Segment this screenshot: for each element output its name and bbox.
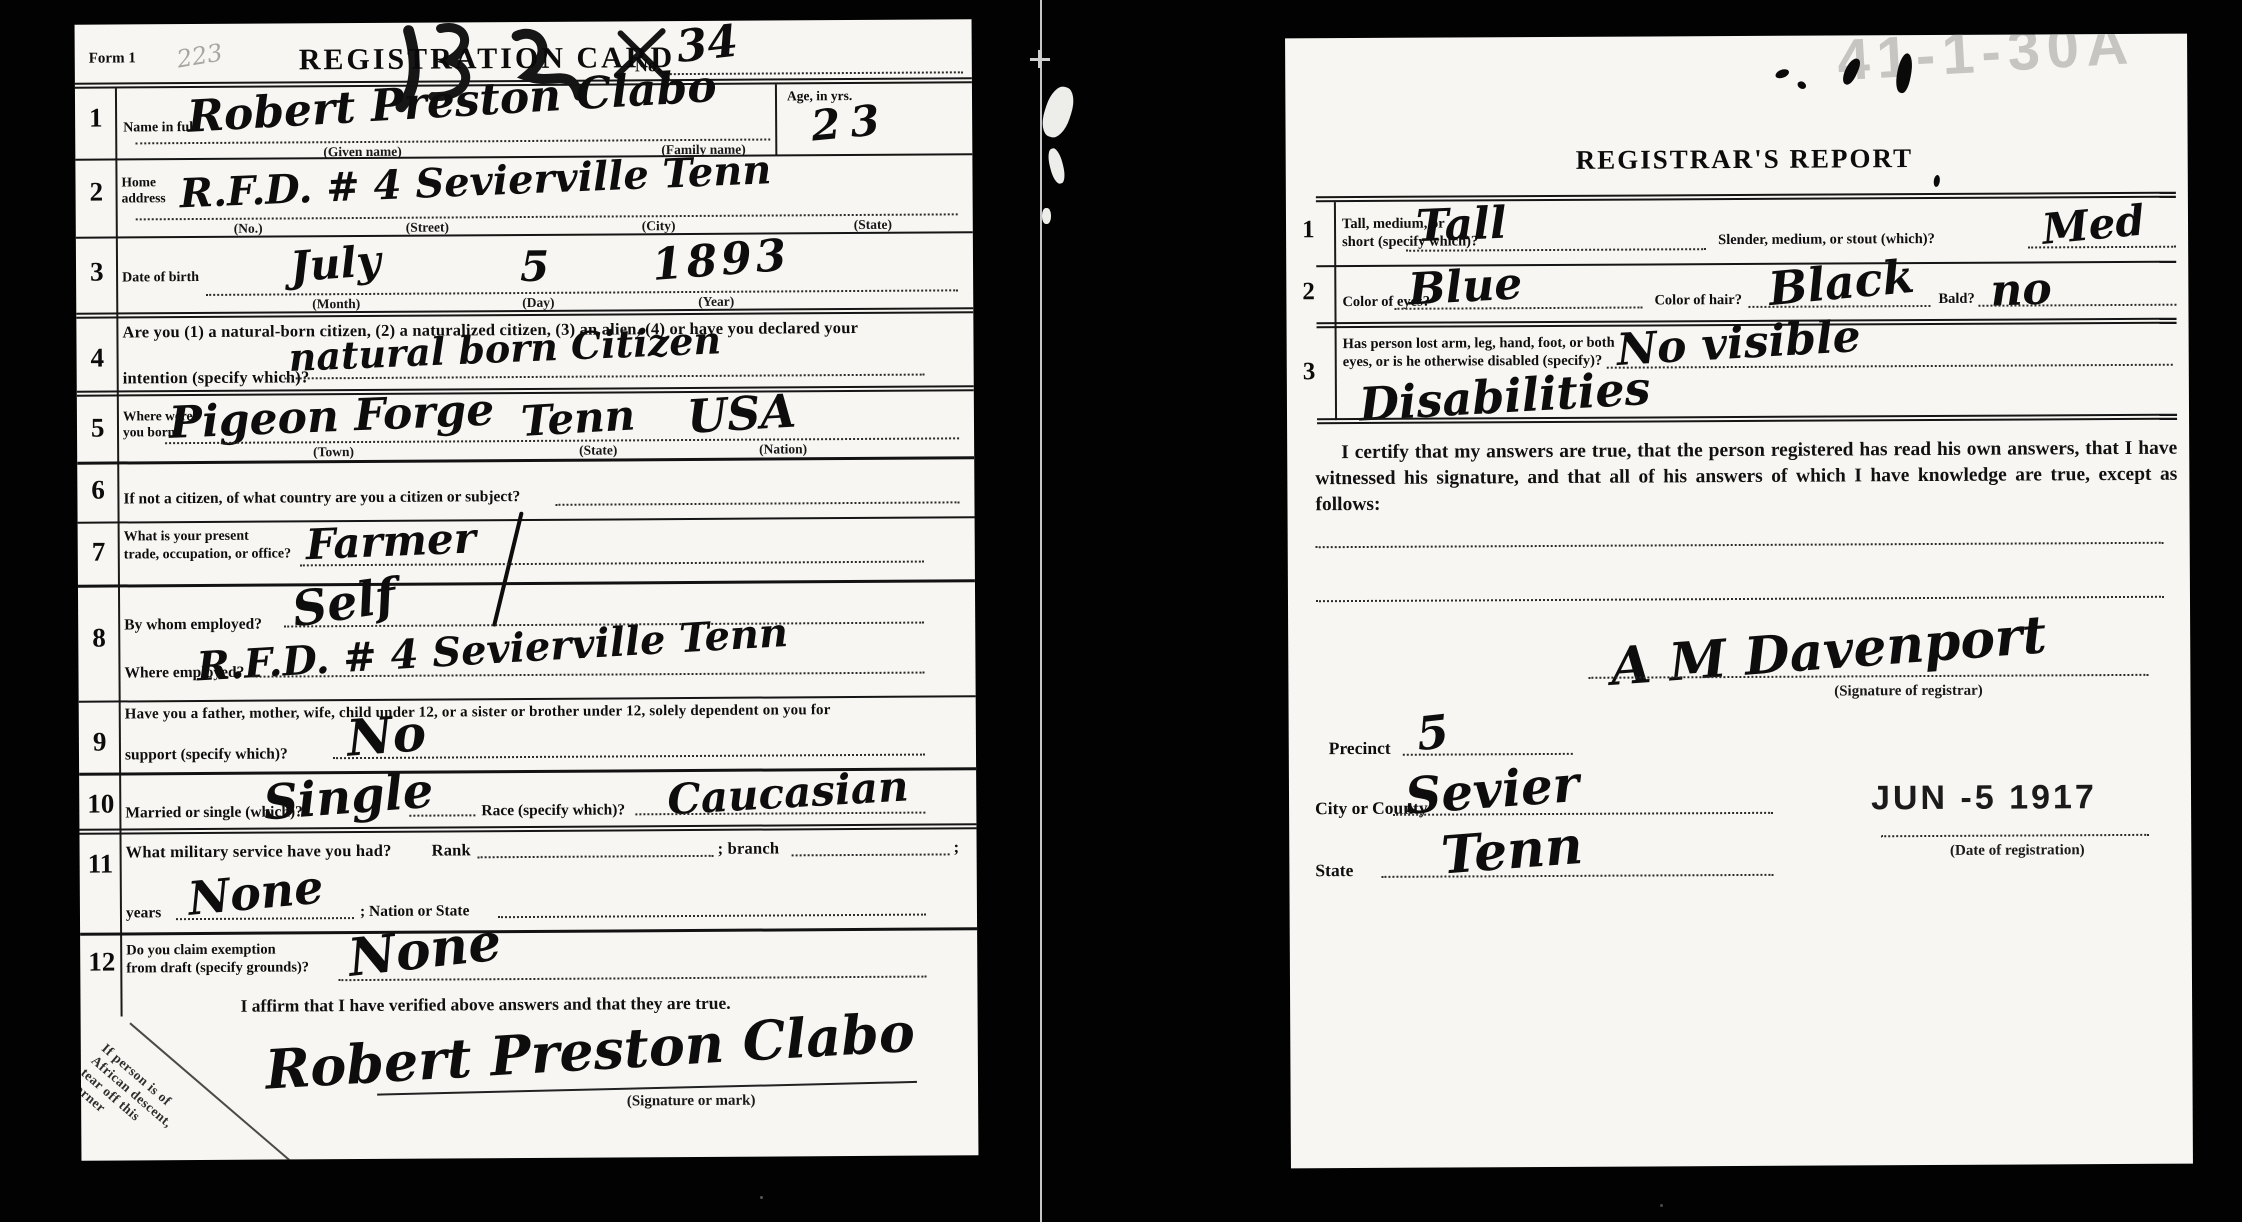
film-speck	[1038, 50, 1041, 68]
years-label: years	[126, 904, 161, 922]
film-speck	[1660, 1204, 1663, 1207]
line-end-semicolon: ;	[954, 837, 960, 857]
date-caption: (Date of registration)	[1887, 842, 2147, 860]
eye-color-answer: Blue	[1407, 262, 1523, 312]
town-caption: (Town)	[313, 444, 354, 460]
registration-card: Form 1 223 REGISTRATION CARD No. 34 1 Na…	[75, 19, 979, 1160]
trade-label-line1: What is your present	[124, 529, 249, 546]
marital-label: Married or single (which)?	[125, 803, 303, 822]
row-number: 9	[93, 727, 107, 758]
hair-color-label: Color of hair?	[1654, 292, 1742, 309]
row-number: 3	[1303, 358, 1316, 386]
report-title: REGISTRAR'S REPORT	[1576, 143, 1914, 176]
name-answer: Robert Preston Clabo	[186, 65, 718, 140]
row-number: 12	[88, 947, 115, 978]
disability-answer-line1: No visible	[1616, 315, 1862, 373]
row-rule	[77, 456, 974, 464]
dotted-line	[136, 213, 958, 220]
row-rule	[76, 231, 973, 238]
film-blotch	[1046, 147, 1067, 185]
year-caption: (Year)	[698, 294, 734, 310]
age-value: 23	[809, 98, 891, 147]
employed-where-label: Where employed?	[124, 664, 244, 683]
dependents-question-line2: support (specify which)?	[125, 745, 288, 764]
street-caption: (Street)	[406, 219, 449, 235]
birth-day: 5	[520, 246, 549, 288]
state-caption: (State)	[854, 217, 892, 233]
dotted-line	[409, 814, 475, 816]
dotted-line	[176, 917, 354, 920]
dotted-line	[206, 289, 958, 296]
film-blotch	[1038, 83, 1079, 140]
hair-color-answer: Black	[1767, 253, 1917, 312]
precinct-value: 5	[1414, 708, 1451, 757]
city-caption: (City)	[642, 218, 676, 234]
military-question: What military service have you had?	[126, 841, 392, 863]
number-column-line	[1334, 202, 1337, 420]
pencil-mark: 223	[175, 38, 225, 73]
state-label: State	[1315, 860, 1353, 881]
dotted-line	[1978, 304, 2176, 307]
day-caption: (Day)	[522, 295, 554, 311]
ink-smudge	[1774, 68, 1790, 80]
row-number: 7	[92, 537, 106, 568]
row-rule	[79, 823, 976, 830]
employer-label: By whom employed?	[124, 616, 262, 635]
row-rule	[79, 695, 976, 702]
home-address-answer: R.F.D. # 4 Sevierville Tenn	[179, 150, 772, 214]
trade-label-line2: trade, occupation, or office?	[124, 546, 291, 563]
row-number: 3	[90, 257, 104, 288]
dotted-line	[792, 853, 950, 856]
not-citizen-label: If not a citizen, of what country are yo…	[123, 488, 520, 508]
ink-smudge	[1933, 175, 1941, 188]
film-blotch	[1042, 208, 1051, 224]
dotted-line	[1381, 874, 1773, 878]
row-number: 4	[90, 343, 104, 374]
film-scratch-line	[1040, 0, 1042, 1222]
branch-label: ; branch	[718, 838, 780, 858]
row-rule	[80, 927, 977, 935]
registrars-report-card: 41-1-30A REGISTRAR'S REPORT 1 Tall, medi…	[1285, 34, 2193, 1169]
ink-smudge	[1796, 80, 1807, 91]
dotted-line	[1881, 834, 2149, 837]
home-address-label: address	[122, 190, 166, 206]
dotted-line	[1316, 542, 2164, 548]
build-answer: Med	[2040, 199, 2146, 250]
row-number: 2	[89, 177, 103, 208]
file-number-stamp: 41-1-30A	[1835, 34, 2136, 95]
row-number: 5	[91, 413, 105, 444]
home-address-label: Home	[121, 174, 156, 190]
exemption-label-line2: from draft (specify grounds)?	[126, 959, 309, 977]
state-value: Tenn	[1440, 820, 1585, 882]
dependents-question-line1: Have you a father, mother, wife, child u…	[125, 702, 831, 723]
row-number: 1	[89, 103, 103, 134]
film-speck	[760, 1196, 763, 1199]
film-scan-background: Form 1 223 REGISTRATION CARD No. 34 1 Na…	[0, 0, 2242, 1222]
birthplace-state: Tenn	[520, 394, 636, 443]
pen-slash	[492, 511, 524, 627]
bald-label: Bald?	[1938, 291, 1974, 308]
birthplace-nation: USA	[686, 388, 798, 440]
dotted-line	[555, 501, 959, 505]
dotted-line	[2028, 246, 2176, 249]
nation-caption: (Nation)	[759, 441, 807, 457]
no-caption: (No.)	[234, 221, 263, 237]
birth-year: 1893	[651, 234, 792, 288]
number-column-line	[115, 88, 123, 1016]
state-caption: (State)	[579, 442, 617, 458]
form-number-label: Form 1	[89, 50, 136, 67]
military-years-answer: None	[186, 863, 325, 921]
signature-caption: (Signature or mark)	[561, 1092, 821, 1111]
report-top-rule	[1316, 192, 2176, 199]
citizen-question-line2: intention (specify which)?	[123, 367, 310, 388]
exemption-label-line1: Do you claim exemption	[126, 942, 276, 960]
certification-text: I certify that my answers are true, that…	[1315, 436, 2177, 519]
dotted-line	[1316, 596, 2164, 602]
dependents-answer: No	[345, 708, 428, 764]
birthplace-town: Pigeon Forge	[168, 389, 495, 446]
row-number: 1	[1302, 216, 1315, 244]
row-number: 8	[92, 623, 106, 654]
build-label: Slender, medium, or stout (which)?	[1718, 231, 1935, 249]
row-number: 11	[88, 849, 114, 880]
birth-date-label: Date of birth	[122, 270, 199, 286]
dotted-line	[478, 855, 714, 858]
row-number: 10	[87, 789, 114, 820]
rank-label: Rank	[432, 840, 471, 860]
dotted-line	[498, 914, 926, 919]
month-caption: (Month)	[312, 296, 360, 312]
age-box-line	[775, 84, 777, 154]
disability-label-line1: Has person lost arm, leg, hand, foot, or…	[1343, 335, 1615, 353]
height-answer: Tall	[1415, 202, 1507, 250]
dotted-line	[1406, 248, 1706, 252]
exemption-answer: None	[346, 916, 504, 985]
name-label: Name in full	[123, 120, 197, 136]
row-number: 6	[91, 475, 105, 506]
precinct-label: Precinct	[1329, 738, 1391, 759]
trade-answer: Farmer	[305, 517, 477, 566]
affirmation-text: I affirm that I have verified above answ…	[240, 993, 730, 1017]
race-label: Race (specify which)?	[481, 801, 625, 820]
registrar-signature: A M Davenport	[1609, 609, 2048, 694]
date-of-registration-stamp: JUN -5 1917	[1871, 778, 2097, 818]
row-rule	[78, 516, 975, 523]
bald-answer: no	[1990, 267, 2053, 313]
row-rule	[78, 579, 975, 587]
row-number: 2	[1302, 278, 1315, 306]
registrar-signature-caption: (Signature of registrar)	[1758, 682, 2058, 701]
birth-month: July	[289, 240, 383, 289]
